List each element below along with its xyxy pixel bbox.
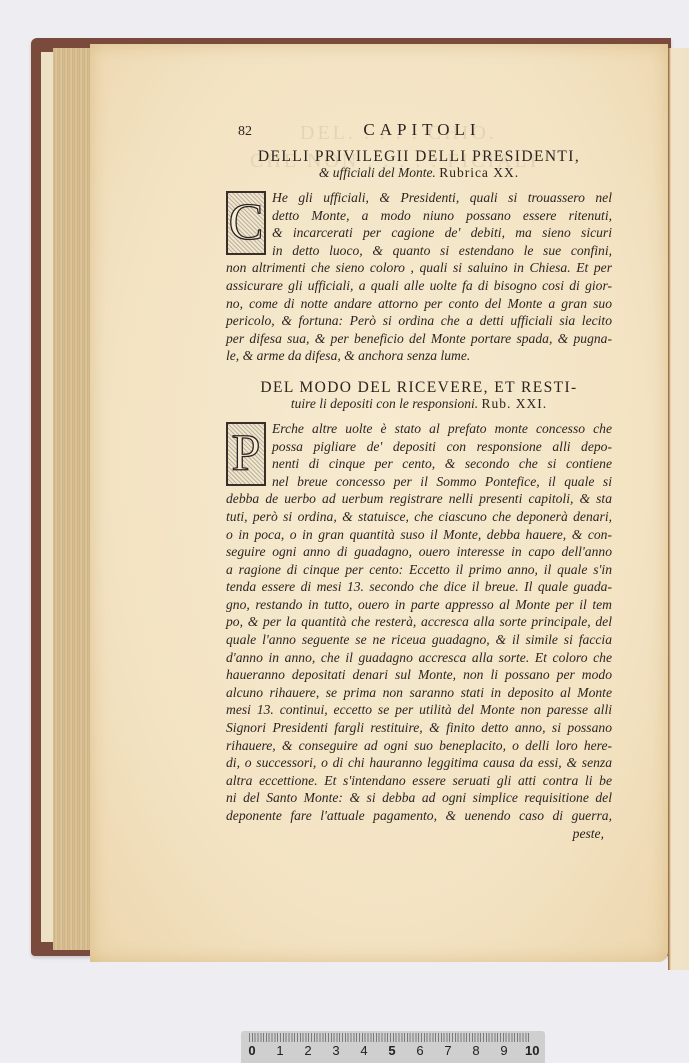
text-line: ni del Santo Monte: & si debba ad ogni s… [226, 789, 612, 807]
section-subtitle: tuire li depositi con le responsioni. Ru… [226, 396, 612, 412]
text-line: Erche altre uolte è stato al prefato mon… [226, 420, 612, 438]
text-line: non altrimenti che sieno coloro , quali … [226, 259, 612, 277]
facing-page-edge [668, 48, 689, 970]
text-line: a ragione di cinque per cento: Eccetto i… [226, 561, 612, 579]
text-line: le, & arme da difesa, & anchora senza lu… [226, 347, 612, 365]
ruler-label: 10 [525, 1043, 539, 1058]
ruler-label: 1 [273, 1043, 287, 1058]
text-line: o in poca, o in gran quantità suso il Mo… [226, 526, 612, 544]
text-line: mesi 13. continui, eccetto se per utilit… [226, 701, 612, 719]
page-text: 82 CAPITOLI DELLI PRIVILEGII DELLI PRESI… [226, 120, 612, 842]
text-line: alcuno rihauere, se prima non saranno st… [226, 684, 612, 702]
running-head: 82 CAPITOLI [226, 120, 612, 144]
ruler-label: 0 [245, 1043, 259, 1058]
text-line: po, & per la quantità che resterà, accre… [226, 613, 612, 631]
woodcut-initial-icon: P [226, 422, 266, 486]
text-line: seguire ogni anno di guadagno, ouero int… [226, 543, 612, 561]
text-line: gno, restando in tutto, ouero in parte a… [226, 596, 612, 614]
text-line: assicurare gli ufficiali, a quali alle u… [226, 277, 612, 295]
page-stack-edge [53, 48, 93, 950]
paragraph: P Erche altre uolte è stato al prefato m… [226, 420, 612, 842]
text-line: nel breue concesso per il Sommo Pontefic… [226, 473, 612, 491]
subtitle-text: tuire li depositi con le responsioni. [291, 396, 478, 411]
section-subtitle: & ufficiali del Monte. Rubrica XX. [226, 165, 612, 181]
ruler-label: 9 [497, 1043, 511, 1058]
rubric-number: Rubrica XX. [439, 165, 519, 180]
text-line: debba de uerbo ad uerbum registrare nell… [226, 490, 612, 508]
text-line: altra eccettione. Et s'intendano essere … [226, 772, 612, 790]
text-line: haueranno depositati denari sul Monte, n… [226, 666, 612, 684]
paragraph: C He gli ufficiali, & Presidenti, quali … [226, 189, 612, 365]
text-line: deponente fare l'attuale pagamento, & ue… [226, 807, 612, 825]
text-line: pericolo, & fortuna: Però si ordina che … [226, 312, 612, 330]
text-line: possa pigliare de' depositi con responsi… [226, 438, 612, 456]
text-line: He gli ufficiali, & Presidenti, quali si… [226, 189, 612, 207]
text-line: no, come di notte andare attorno per con… [226, 295, 612, 313]
text-line: quale l'anno seguente se ne riceua guada… [226, 631, 612, 649]
rubric-number: Rub. XXI. [481, 396, 547, 411]
text-line: per difesa sua, & per beneficio del Mont… [226, 330, 612, 348]
text-line: in detto luoco, & quanto si estendano le… [226, 242, 612, 260]
ruler-label: 6 [413, 1043, 427, 1058]
ruler-ticks [249, 1033, 531, 1042]
running-title: CAPITOLI [226, 120, 612, 140]
ruler-label: 7 [441, 1043, 455, 1058]
subtitle-text: & ufficiali del Monte. [319, 165, 436, 180]
ruler-label: 5 [385, 1043, 399, 1058]
text-line: detto Monte, a modo niuno possano essere… [226, 207, 612, 225]
text-line: nenti di cinque per cento, & secondo che… [226, 455, 612, 473]
ruler-label: 2 [301, 1043, 315, 1058]
ruler-label: 8 [469, 1043, 483, 1058]
catchword: peste, [226, 825, 612, 843]
ruler-label: 3 [329, 1043, 343, 1058]
text-line: Signori Presidenti fargli restituire, & … [226, 719, 612, 737]
text-line: di, o successori, o di chi hauranno legg… [226, 754, 612, 772]
text-line: rihauere, & conseguire ad ogni suo benep… [226, 737, 612, 755]
ruler-labels: 0 1 2 3 4 5 6 7 8 9 10 [245, 1043, 539, 1058]
text-line: d'anno in anno, che il guadagno accresca… [226, 649, 612, 667]
text-line: & incarcerati per cagione de' debiti, ma… [226, 224, 612, 242]
section-title: DELLI PRIVILEGII DELLI PRESIDENTI, [226, 148, 612, 165]
section-title: DEL MODO DEL RICEVERE, ET RESTI- [226, 379, 612, 396]
text-line: tuti, però si ordina, & statuisce, che c… [226, 508, 612, 526]
woodcut-initial-icon: C [226, 191, 266, 255]
ruler-label: 4 [357, 1043, 371, 1058]
text-line: tenda essere di mesi 13. secondo che dic… [226, 578, 612, 596]
scale-ruler: 0 1 2 3 4 5 6 7 8 9 10 [241, 1031, 545, 1063]
